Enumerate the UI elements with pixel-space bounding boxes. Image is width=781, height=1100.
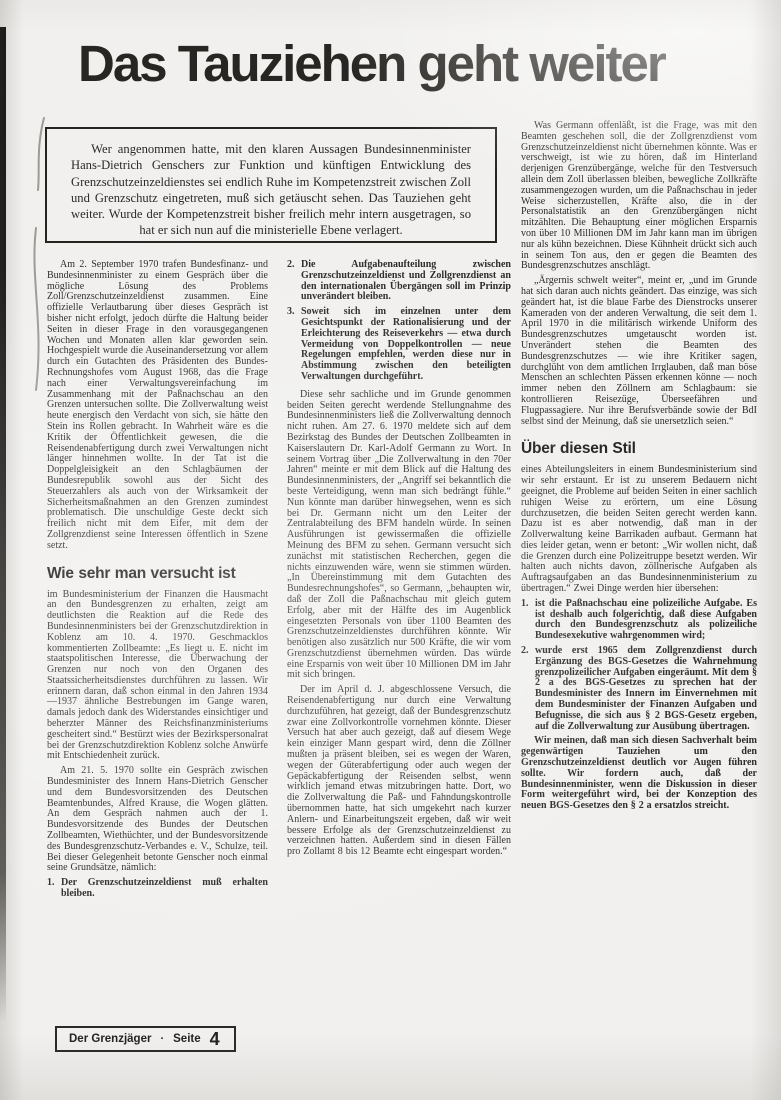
scan-scratch-artifact — [22, 108, 58, 408]
paragraph: im Bundesministerium der Finanzen die Ha… — [47, 590, 268, 763]
item-text: wurde erst 1965 dem Zollgrenzdienst durc… — [535, 646, 757, 732]
paragraph: eines Abteilungsleiters in einem Bundesm… — [521, 465, 757, 595]
section-heading-stil: Über diesen Stil — [521, 440, 757, 458]
paragraph: Was Germann offenläßt, ist die Frage, wa… — [521, 121, 757, 272]
scan-edge-bar — [0, 27, 6, 1022]
item-text: Die Aufgabenaufteilung zwischen Grenzsch… — [301, 260, 511, 303]
numbered-item-3: 3. Soweit sich im einzelnen unter dem Ge… — [287, 307, 511, 383]
item-text: ist die Paßnachschau eine polizeiliche A… — [535, 599, 757, 642]
column-3: Was Germann offenläßt, ist die Frage, wa… — [521, 121, 757, 812]
paragraph: Diese sehr sachliche und im Grunde genom… — [287, 390, 511, 682]
item-text: Soweit sich im einzelnen unter dem Gesic… — [301, 307, 511, 383]
page-footer: Der Grenzjäger · Seite 4 — [55, 1026, 236, 1052]
footer-page-number: 4 — [210, 1032, 220, 1046]
numbered-item-2: 2. wurde erst 1965 dem Zollgrenzdienst d… — [521, 646, 757, 732]
numbered-item-1: 1. Der Grenzschutzeinzeldienst muß erhal… — [47, 878, 268, 900]
intro-text: Wer angenommen hatte, mit den klaren Aus… — [71, 141, 471, 239]
section-heading-versucht: Wie sehr man versucht ist — [47, 565, 268, 583]
paragraph: Der im April d. J. abgeschlossene Versuc… — [287, 685, 511, 858]
item-text: Der Grenzschutzeinzeldienst muß erhalten… — [61, 878, 268, 900]
item-number: 2. — [287, 260, 301, 303]
numbered-item-2: 2. Die Aufgabenaufteilung zwischen Grenz… — [287, 260, 511, 303]
numbered-item-1: 1. ist die Paßnachschau eine polizeilich… — [521, 599, 757, 642]
item-number: 3. — [287, 307, 301, 383]
intro-box: Wer angenommen hatte, mit den klaren Aus… — [45, 127, 497, 243]
paragraph: Am 2. September 1970 trafen Bundesfinanz… — [47, 260, 268, 552]
footer-separator: · — [160, 1033, 164, 1045]
item-number: 1. — [521, 599, 535, 642]
scanned-newspaper-page: Das Tauziehen geht weiter Wer angenommen… — [0, 0, 781, 1100]
paragraph: „Ärgernis schwelt weiter“, meint er, „un… — [521, 276, 757, 427]
paragraph: Am 21. 5. 1970 sollte ein Gespräch zwisc… — [47, 766, 268, 874]
closing-paragraph: Wir meinen, daß man sich diesen Sachverh… — [521, 736, 757, 812]
item-number: 2. — [521, 646, 535, 732]
item-number: 1. — [47, 878, 61, 900]
column-2: 2. Die Aufgabenaufteilung zwischen Grenz… — [287, 260, 511, 858]
footer-page-label: Seite — [173, 1033, 201, 1045]
column-1: Am 2. September 1970 trafen Bundesfinanz… — [47, 260, 268, 900]
publication-name: Der Grenzjäger — [69, 1033, 151, 1045]
article-title: Das Tauziehen geht weiter — [78, 34, 665, 93]
